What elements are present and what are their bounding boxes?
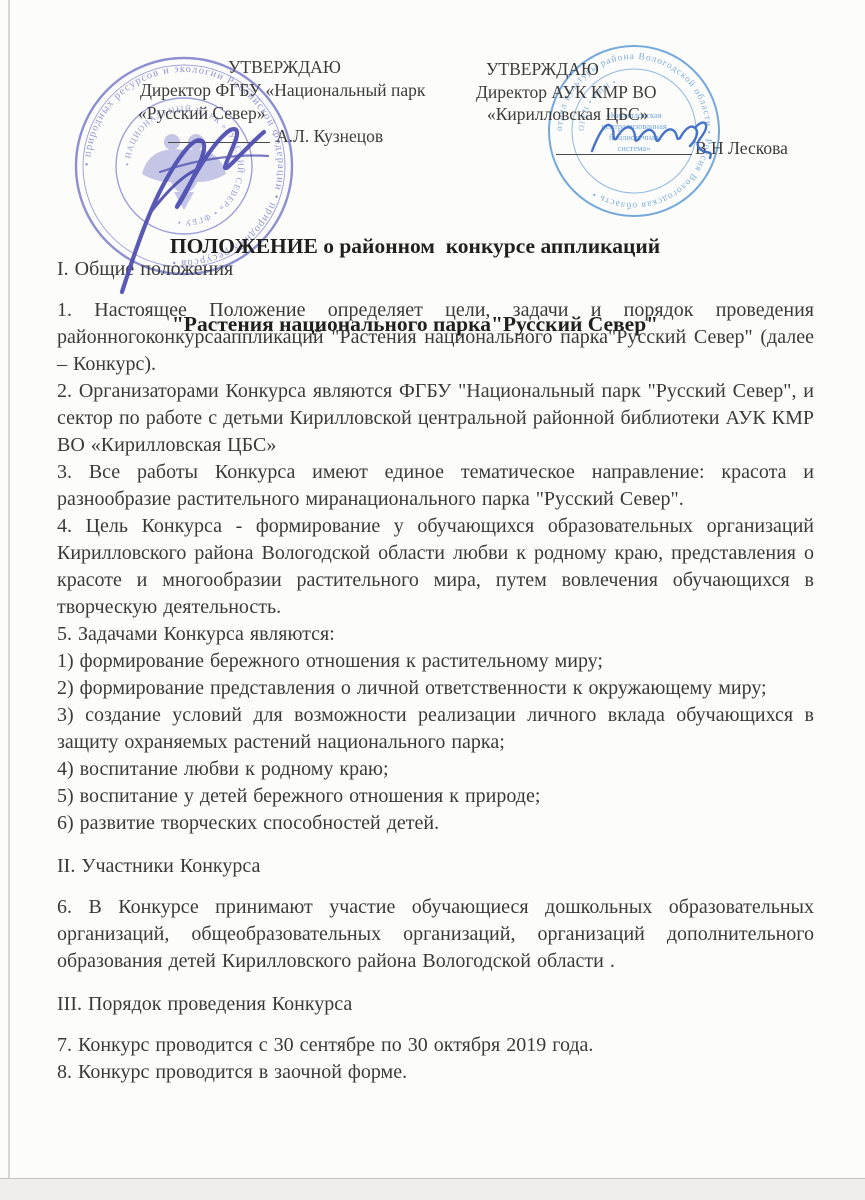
paragraph: 5. Задачами Конкурса являются: <box>57 621 814 648</box>
paragraph: 3) создание условий для возможности реал… <box>57 702 814 756</box>
paragraph: 2) формирование представления о личной о… <box>57 675 814 702</box>
signature-line-right <box>556 139 692 155</box>
scan-bottom-edge <box>0 1178 865 1200</box>
paragraph: 1) формирование бережного отношения к ра… <box>57 648 814 675</box>
approval-word-right: УТВЕРЖДАЮ <box>486 59 599 80</box>
section-heading: I. Общие положения <box>57 256 814 283</box>
paragraph: 2. Организаторами Конкурса являются ФГБУ… <box>57 378 814 459</box>
paragraph: 4. Цель Конкурса - формирование у обучаю… <box>57 513 814 621</box>
approver-title-left-line2: «Русский Север» <box>138 103 265 124</box>
scanned-document-page: • природных ресурсов и экологии Российск… <box>0 0 865 1200</box>
paragraph: 1. Настоящее Положение определяет цели, … <box>57 297 814 378</box>
section-heading: II. Участники Конкурса <box>57 853 814 880</box>
document-body: I. Общие положения1. Настоящее Положение… <box>57 256 814 1086</box>
signatory-name-left: А.Л. Кузнецов <box>276 126 383 147</box>
approver-title-right-line1: Директор АУК КМР ВО <box>476 82 657 103</box>
paragraph: 6. В Конкурсе принимают участие обучающи… <box>57 894 814 975</box>
approver-title-left-line1: Директор ФГБУ «Национальный парк <box>140 80 425 101</box>
paragraph: 5) воспитание у детей бережного отношени… <box>57 783 814 810</box>
section-heading: III. Порядок проведения Конкурса <box>57 991 814 1018</box>
signatory-name-right: В.Н Лескова <box>695 138 788 159</box>
approver-title-right-line2: «Кирилловская ЦБС» <box>487 104 648 125</box>
paragraph: 6) развитие творческих способностей дете… <box>57 810 814 837</box>
paragraph: 8. Конкурс проводится в заочной форме. <box>57 1059 814 1086</box>
signature-line-left <box>168 127 270 143</box>
paragraph: 7. Конкурс проводится с 30 сентябре по 3… <box>57 1032 814 1059</box>
approval-word-left: УТВЕРЖДАЮ <box>228 57 341 78</box>
scan-left-edge <box>8 0 10 1179</box>
paragraph: 4) воспитание любви к родному краю; <box>57 756 814 783</box>
paragraph: 3. Все работы Конкурса имеют единое тема… <box>57 459 814 513</box>
